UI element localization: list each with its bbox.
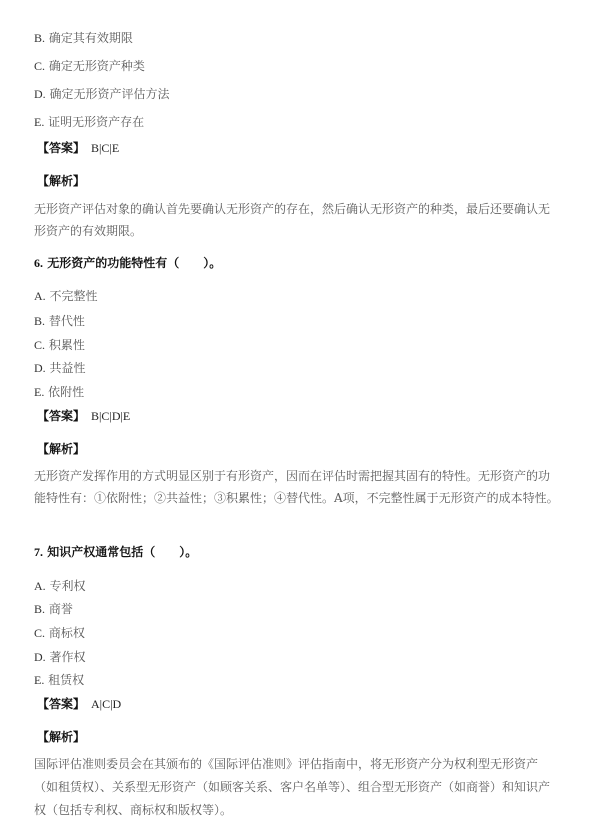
q7-stem: 7. 知识产权通常包括（ ）。 bbox=[34, 544, 197, 560]
q7-option-b: B. 商誉 bbox=[34, 601, 73, 617]
option-letter: B. bbox=[34, 314, 45, 328]
option-letter: E. bbox=[34, 385, 44, 399]
q6-option-b: B. 替代性 bbox=[34, 313, 85, 329]
answer-label: 【答案】 bbox=[37, 697, 85, 711]
option-text: 确定其有效期限 bbox=[49, 31, 133, 45]
option-letter: C. bbox=[34, 338, 45, 352]
option-text: 著作权 bbox=[50, 650, 86, 664]
option-text: 商标权 bbox=[49, 626, 85, 640]
option-letter: A. bbox=[34, 579, 46, 593]
q6-stem: 6. 无形资产的功能特性有（ ）。 bbox=[34, 255, 221, 271]
q5-option-b: B. 确定其有效期限 bbox=[34, 30, 133, 46]
option-text: 租赁权 bbox=[48, 673, 84, 687]
q6-answer: 【答案】B|C|D|E bbox=[37, 408, 130, 424]
q6-analysis-label: 【解析】 bbox=[37, 441, 85, 457]
option-letter: D. bbox=[34, 650, 46, 664]
q7-analysis-label: 【解析】 bbox=[37, 729, 85, 745]
q5-option-d: D. 确定无形资产评估方法 bbox=[34, 86, 170, 102]
option-text: 不完整性 bbox=[50, 289, 98, 303]
option-letter: A. bbox=[34, 289, 46, 303]
q6-option-c: C. 积累性 bbox=[34, 337, 85, 353]
q7-option-c: C. 商标权 bbox=[34, 625, 85, 641]
option-letter: E. bbox=[34, 115, 44, 129]
q7-analysis-text: 国际评估准则委员会在其颁布的《国际评估准则》评估指南中，将无形资产分为权利型无形… bbox=[34, 753, 559, 822]
answer-value: B|C|E bbox=[91, 141, 119, 155]
option-text: 商誉 bbox=[49, 602, 73, 616]
q7-option-a: A. 专利权 bbox=[34, 578, 86, 594]
option-text: 替代性 bbox=[49, 314, 85, 328]
q5-option-e: E. 证明无形资产存在 bbox=[34, 114, 144, 130]
question-number: 7. bbox=[34, 545, 43, 559]
option-text: 专利权 bbox=[50, 579, 86, 593]
q5-option-c: C. 确定无形资产种类 bbox=[34, 58, 145, 74]
answer-value: A|C|D bbox=[91, 697, 121, 711]
answer-value: B|C|D|E bbox=[91, 409, 130, 423]
q6-analysis-text: 无形资产发挥作用的方式明显区别于有形资产，因而在评估时需把握其固有的特性。无形资… bbox=[34, 465, 559, 509]
option-letter: C. bbox=[34, 626, 45, 640]
option-text: 确定无形资产种类 bbox=[49, 59, 145, 73]
answer-label: 【答案】 bbox=[37, 409, 85, 423]
q6-option-e: E. 依附性 bbox=[34, 384, 84, 400]
q7-option-e: E. 租赁权 bbox=[34, 672, 84, 688]
option-letter: B. bbox=[34, 602, 45, 616]
question-text: 知识产权通常包括（ ）。 bbox=[47, 545, 197, 559]
option-letter: D. bbox=[34, 361, 46, 375]
q5-analysis-label: 【解析】 bbox=[37, 173, 85, 189]
option-text: 确定无形资产评估方法 bbox=[50, 87, 170, 101]
option-text: 证明无形资产存在 bbox=[48, 115, 144, 129]
option-text: 积累性 bbox=[49, 338, 85, 352]
q6-option-a: A. 不完整性 bbox=[34, 288, 98, 304]
question-text: 无形资产的功能特性有（ ）。 bbox=[47, 256, 221, 270]
question-number: 6. bbox=[34, 256, 43, 270]
q7-answer: 【答案】A|C|D bbox=[37, 696, 121, 712]
option-letter: C. bbox=[34, 59, 45, 73]
option-letter: E. bbox=[34, 673, 44, 687]
option-letter: B. bbox=[34, 31, 45, 45]
option-text: 依附性 bbox=[48, 385, 84, 399]
q7-option-d: D. 著作权 bbox=[34, 649, 86, 665]
option-text: 共益性 bbox=[50, 361, 86, 375]
q5-analysis-text: 无形资产评估对象的确认首先要确认无形资产的存在，然后确认无形资产的种类，最后还要… bbox=[34, 198, 559, 242]
q6-option-d: D. 共益性 bbox=[34, 360, 86, 376]
q5-answer: 【答案】B|C|E bbox=[37, 140, 119, 156]
option-letter: D. bbox=[34, 87, 46, 101]
answer-label: 【答案】 bbox=[37, 141, 85, 155]
